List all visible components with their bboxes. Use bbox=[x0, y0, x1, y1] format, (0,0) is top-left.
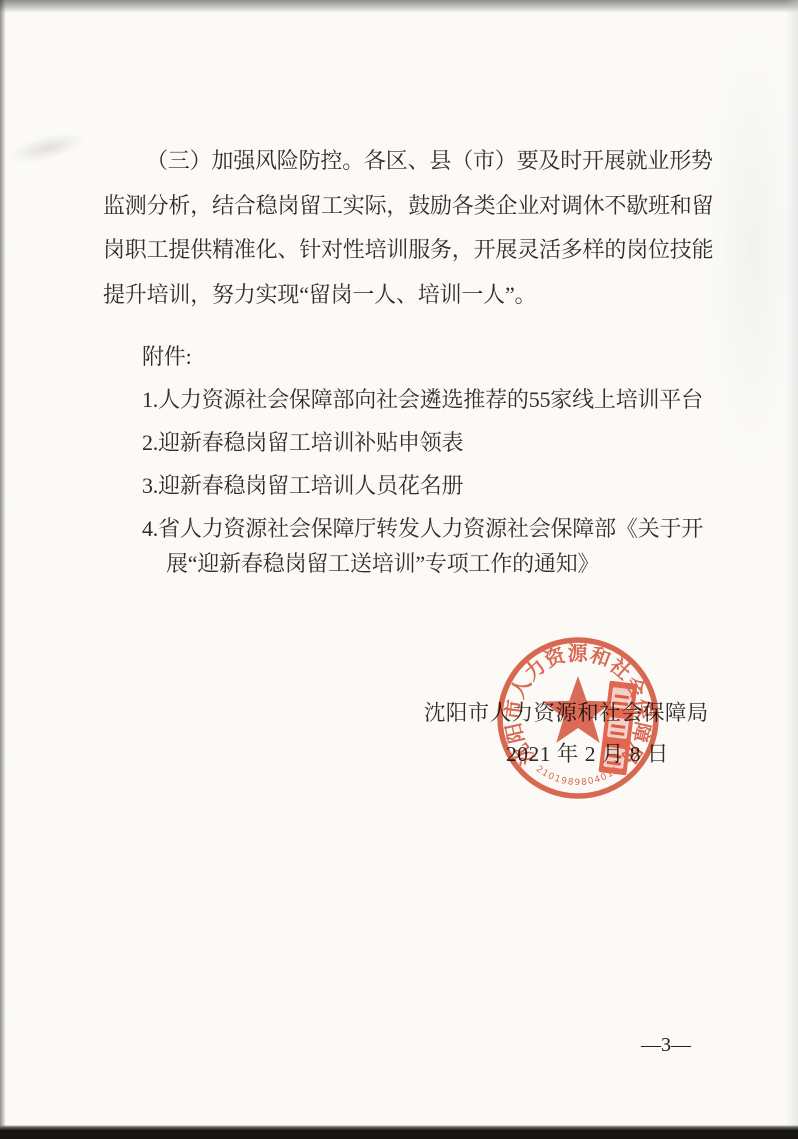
attachment-item-2: 2.迎新春稳岗留工培训补贴申领表 bbox=[142, 421, 762, 464]
paragraph-line-4: 提升培训，努力实现“留岗一人、培训一人”。 bbox=[103, 273, 743, 318]
attachment-item-3: 3.迎新春稳岗留工培训人员花名册 bbox=[142, 464, 762, 507]
attachments-label: 附件: bbox=[142, 335, 762, 378]
seal-star-icon bbox=[543, 676, 613, 743]
scan-edge-bottom bbox=[0, 1125, 798, 1139]
scan-smudge bbox=[6, 127, 87, 169]
paragraph-line-1: （三）加强风险防控。各区、县（市）要及时开展就业形势 bbox=[103, 139, 743, 184]
scan-edge-top bbox=[0, 0, 798, 13]
official-seal: 沈阳市人力资源和社会保障局 2101989804016 bbox=[492, 632, 664, 804]
body-paragraph: （三）加强风险防控。各区、县（市）要及时开展就业形势 监测分析，结合稳岗留工实际… bbox=[103, 139, 743, 317]
paragraph-line-2: 监测分析，结合稳岗留工实际，鼓励各类企业对调休不歇班和留 bbox=[103, 184, 743, 229]
scan-edge-left bbox=[0, 0, 6, 1139]
page-number: —3— bbox=[641, 1034, 691, 1057]
attachments-section: 附件: 1.人力资源社会保障部向社会遴选推荐的55家线上培训平台 2.迎新春稳岗… bbox=[142, 335, 762, 585]
paragraph-line-3: 岗职工提供精准化、针对性培训服务，开展灵活多样的岗位技能 bbox=[103, 228, 743, 273]
attachment-item-1: 1.人力资源社会保障部向社会遴选推荐的55家线上培训平台 bbox=[142, 378, 762, 421]
